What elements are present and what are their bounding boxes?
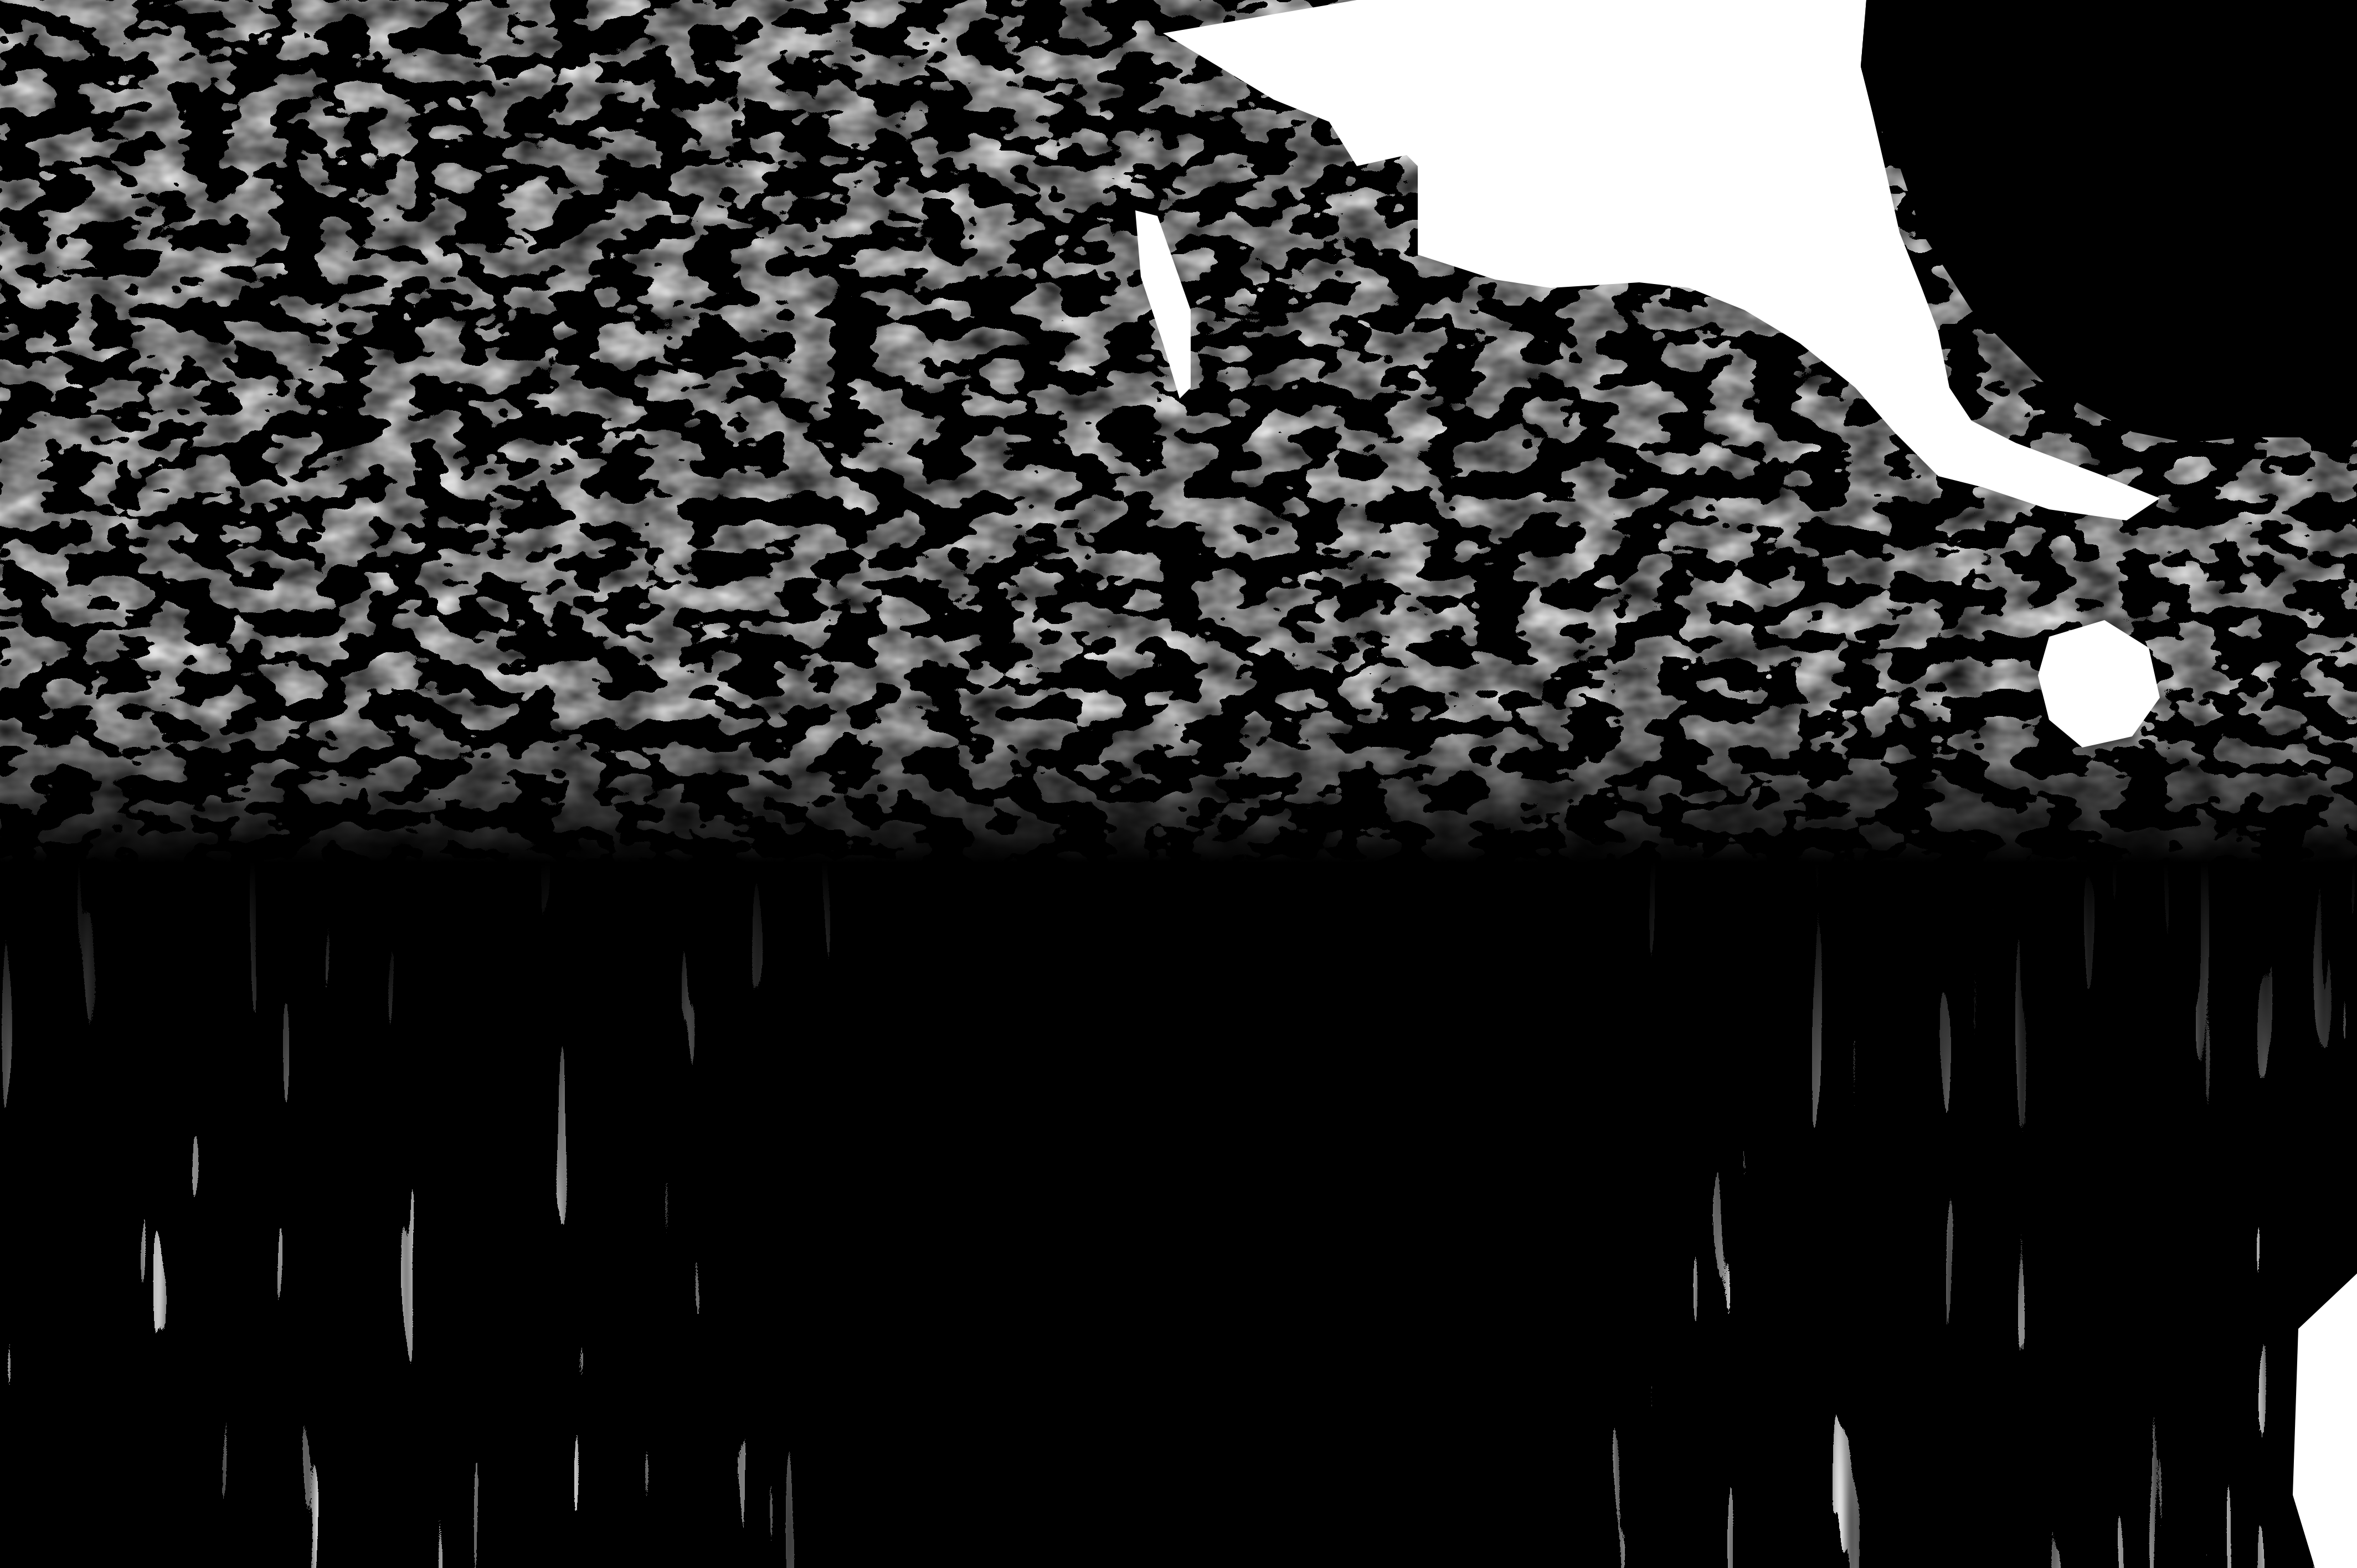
photo-texture [0, 0, 2357, 1568]
binarized-photo [0, 0, 2357, 1568]
